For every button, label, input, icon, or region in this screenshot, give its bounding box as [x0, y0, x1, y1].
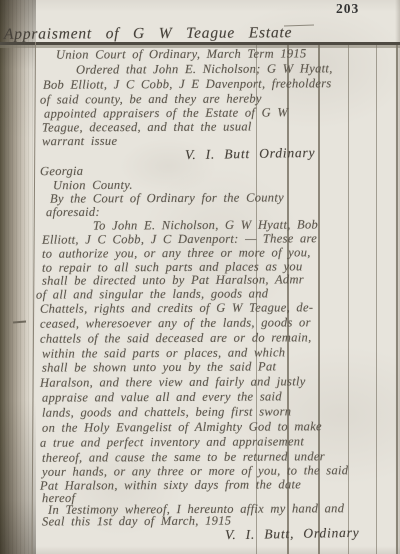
- handwritten-line: chattels of the said deceased are or do …: [40, 330, 312, 346]
- handwritten-line: Ordered that John E. Nicholson; G W Hyat…: [76, 61, 333, 77]
- handwritten-line: Chattels, rights and credits of G W Teag…: [40, 300, 313, 316]
- column-rule: [396, 45, 398, 554]
- stray-ink-mark: [13, 321, 26, 324]
- handwritten-line: aforesaid:: [46, 205, 100, 220]
- folio-number: 203: [336, 1, 370, 17]
- handwritten-line: ceased, wheresoever any of the lands, go…: [40, 315, 311, 331]
- handwritten-line: a true and perfect inventory and apprais…: [40, 434, 304, 450]
- handwritten-line: Haralson, and there view and fairly and …: [40, 374, 306, 390]
- ledger-page: 203 Appraisment of G W Teague Estate Uni…: [0, 0, 400, 554]
- handwritten-line: Pat Haralson, within sixty days from the…: [40, 477, 301, 493]
- handwritten-line: Seal this 1st day of March, 1915: [42, 514, 231, 530]
- caption-rule: [0, 42, 400, 45]
- handwritten-line: Georgia: [40, 164, 83, 179]
- handwritten-line: appraise and value all and every the sai…: [42, 389, 282, 405]
- handwritten-line: on the Holy Evangelist of Almighty God t…: [42, 419, 322, 435]
- handwritten-line: warrant issue: [42, 134, 117, 149]
- entry-caption: Appraisment of G W Teague Estate: [4, 24, 292, 44]
- handwritten-line: Union Court of Ordinary, March Term 1915: [56, 46, 307, 62]
- ordinary-signature: V. I. Butt Ordinary: [185, 145, 316, 163]
- ordinary-signature: V. I. Butt, Ordinary: [225, 525, 360, 543]
- column-rule: [376, 45, 377, 554]
- handwritten-line: shall be shown unto you by the said Pat: [42, 359, 276, 375]
- book-binding-gutter: [0, 0, 36, 554]
- handwritten-line: Bob Elliott, J C Cobb, J E Davenport, fr…: [43, 76, 332, 93]
- handwritten-line: lands, goods and chattels, being first s…: [42, 404, 291, 420]
